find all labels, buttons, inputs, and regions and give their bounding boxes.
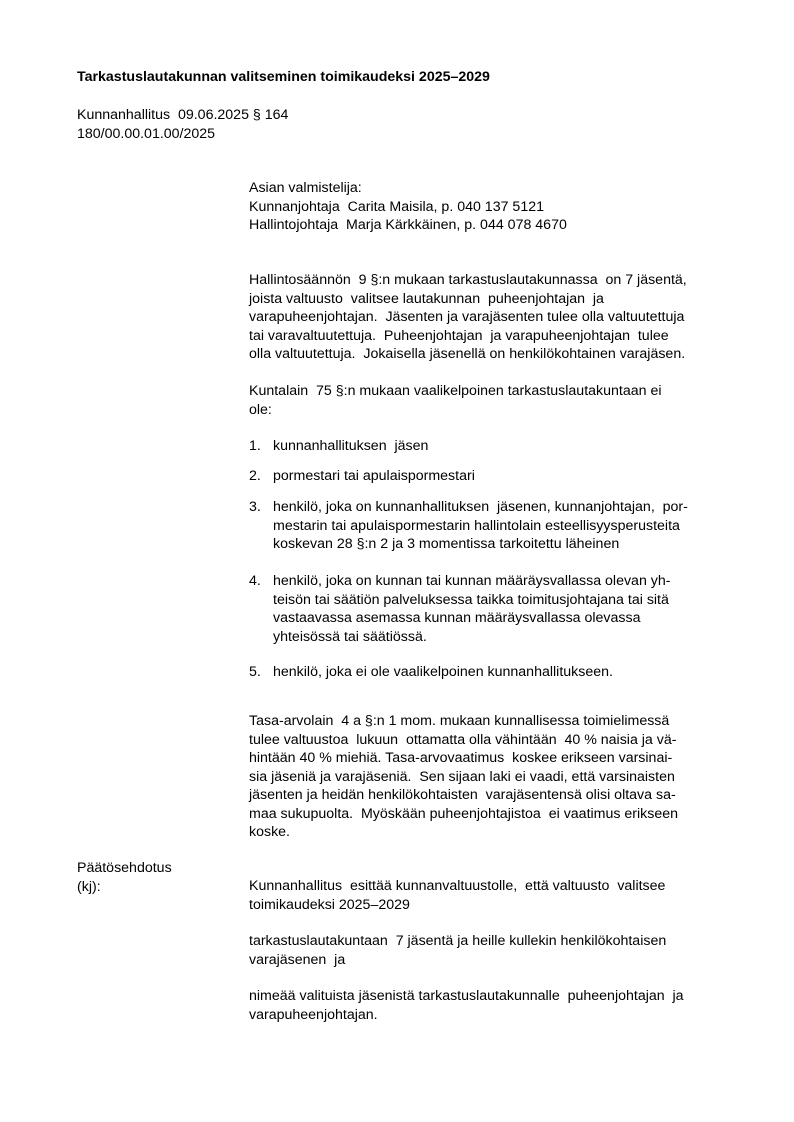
- list-text: koskevan 28 §:n 2 ja 3 momentissa tarkoi…: [273, 535, 731, 554]
- proposal-line: toimikaudeksi 2025–2029: [249, 896, 731, 915]
- paragraph-line: varapuheenjohtajan. Jäsenten ja varajäse…: [249, 308, 731, 327]
- paragraph-kuntalaki: Kuntalain 75 §:n mukaan vaalikelpoinen t…: [249, 382, 731, 419]
- paragraph-line: Hallintosäännön 9 §:n mukaan tarkastusla…: [249, 271, 731, 290]
- preparer-1: Kunnanjohtaja Carita Maisila, p. 040 137…: [249, 198, 731, 217]
- proposal-label-line1: Päätösehdotus: [77, 859, 172, 878]
- paragraph-line: jäsenten ja heidän henkilökohtaisten var…: [249, 786, 731, 805]
- meeting-info: Kunnanhallitus 09.06.2025 § 164 180/00.0…: [77, 106, 288, 143]
- paragraph-line: joista valtuusto valitsee lautakunnan pu…: [249, 290, 731, 309]
- list-text: pormestari tai apulaispormestari: [273, 467, 731, 486]
- paragraph-line: Kuntalain 75 §:n mukaan vaalikelpoinen t…: [249, 382, 731, 401]
- list-text: teisön tai säätiön palveluksessa taikka …: [273, 591, 731, 610]
- proposal-paragraph-1: Kunnanhallitus esittää kunnanvaltuustoll…: [249, 877, 731, 914]
- preparer-2: Hallintojohtaja Marja Kärkkäinen, p. 044…: [249, 216, 731, 235]
- list-text: yhteisössä tai säätiössä.: [273, 628, 731, 647]
- list-number: 5.: [249, 663, 273, 682]
- record-number: 180/00.00.01.00/2025: [77, 125, 288, 144]
- proposal-line: nimeää valituista jäsenistä tarkastuslau…: [249, 987, 731, 1006]
- list-number: 4.: [249, 572, 273, 591]
- preparers-heading: Asian valmistelija:: [249, 179, 731, 198]
- paragraph-tasa-arvolaki: Tasa-arvolain 4 a §:n 1 mom. mukaan kunn…: [249, 712, 731, 842]
- preparers-block: Asian valmistelija: Kunnanjohtaja Carita…: [249, 179, 731, 235]
- proposal-line: varapuheenjohtajan.: [249, 1006, 731, 1025]
- paragraph-hallintosaanto: Hallintosäännön 9 §:n mukaan tarkastusla…: [249, 271, 731, 364]
- proposal-line: tarkastuslautakuntaan 7 jäsentä ja heill…: [249, 932, 731, 951]
- paragraph-line: koske.: [249, 823, 731, 842]
- meeting-line: Kunnanhallitus 09.06.2025 § 164: [77, 106, 288, 125]
- proposal-paragraph-2: tarkastuslautakuntaan 7 jäsentä ja heill…: [249, 932, 731, 969]
- paragraph-line: sia jäseniä ja varajäseniä. Sen sijaan l…: [249, 768, 731, 787]
- list-number: 3.: [249, 498, 273, 517]
- proposal-label-line2: (kj):: [77, 878, 172, 897]
- document-title: Tarkastuslautakunnan valitseminen toimik…: [77, 68, 490, 87]
- paragraph-line: ole:: [249, 401, 731, 420]
- paragraph-line: Tasa-arvolain 4 a §:n 1 mom. mukaan kunn…: [249, 712, 731, 731]
- list-text: henkilö, joka ei ole vaalikelpoinen kunn…: [273, 663, 731, 682]
- paragraph-line: hintään 40 % miehiä. Tasa-arvovaatimus k…: [249, 749, 731, 768]
- paragraph-line: maa sukupuolta. Myöskään puheenjohtajist…: [249, 805, 731, 824]
- list-text: henkilö, joka on kunnanhallituksen jäsen…: [273, 498, 731, 517]
- list-number: 1.: [249, 437, 273, 456]
- list-number: 2.: [249, 467, 273, 486]
- paragraph-line: tulee valtuustoa lukuun ottamatta olla v…: [249, 731, 731, 750]
- proposal-paragraph-3: nimeää valituista jäsenistä tarkastuslau…: [249, 987, 731, 1024]
- proposal-line: varajäsenen ja: [249, 951, 731, 970]
- list-text: mestarin tai apulaispormestarin hallinto…: [273, 517, 731, 536]
- paragraph-line: olla valtuutettuja. Jokaisella jäsenellä…: [249, 345, 731, 364]
- proposal-label: Päätösehdotus (kj):: [77, 859, 172, 896]
- list-text: kunnanhallituksen jäsen: [273, 437, 731, 456]
- list-text: henkilö, joka on kunnan tai kunnan määrä…: [273, 572, 731, 591]
- proposal-line: Kunnanhallitus esittää kunnanvaltuustoll…: [249, 877, 731, 896]
- paragraph-line: tai varavaltuutettuja. Puheenjohtajan ja…: [249, 327, 731, 346]
- list-text: vastaavassa asemassa kunnan määräysvalla…: [273, 609, 731, 628]
